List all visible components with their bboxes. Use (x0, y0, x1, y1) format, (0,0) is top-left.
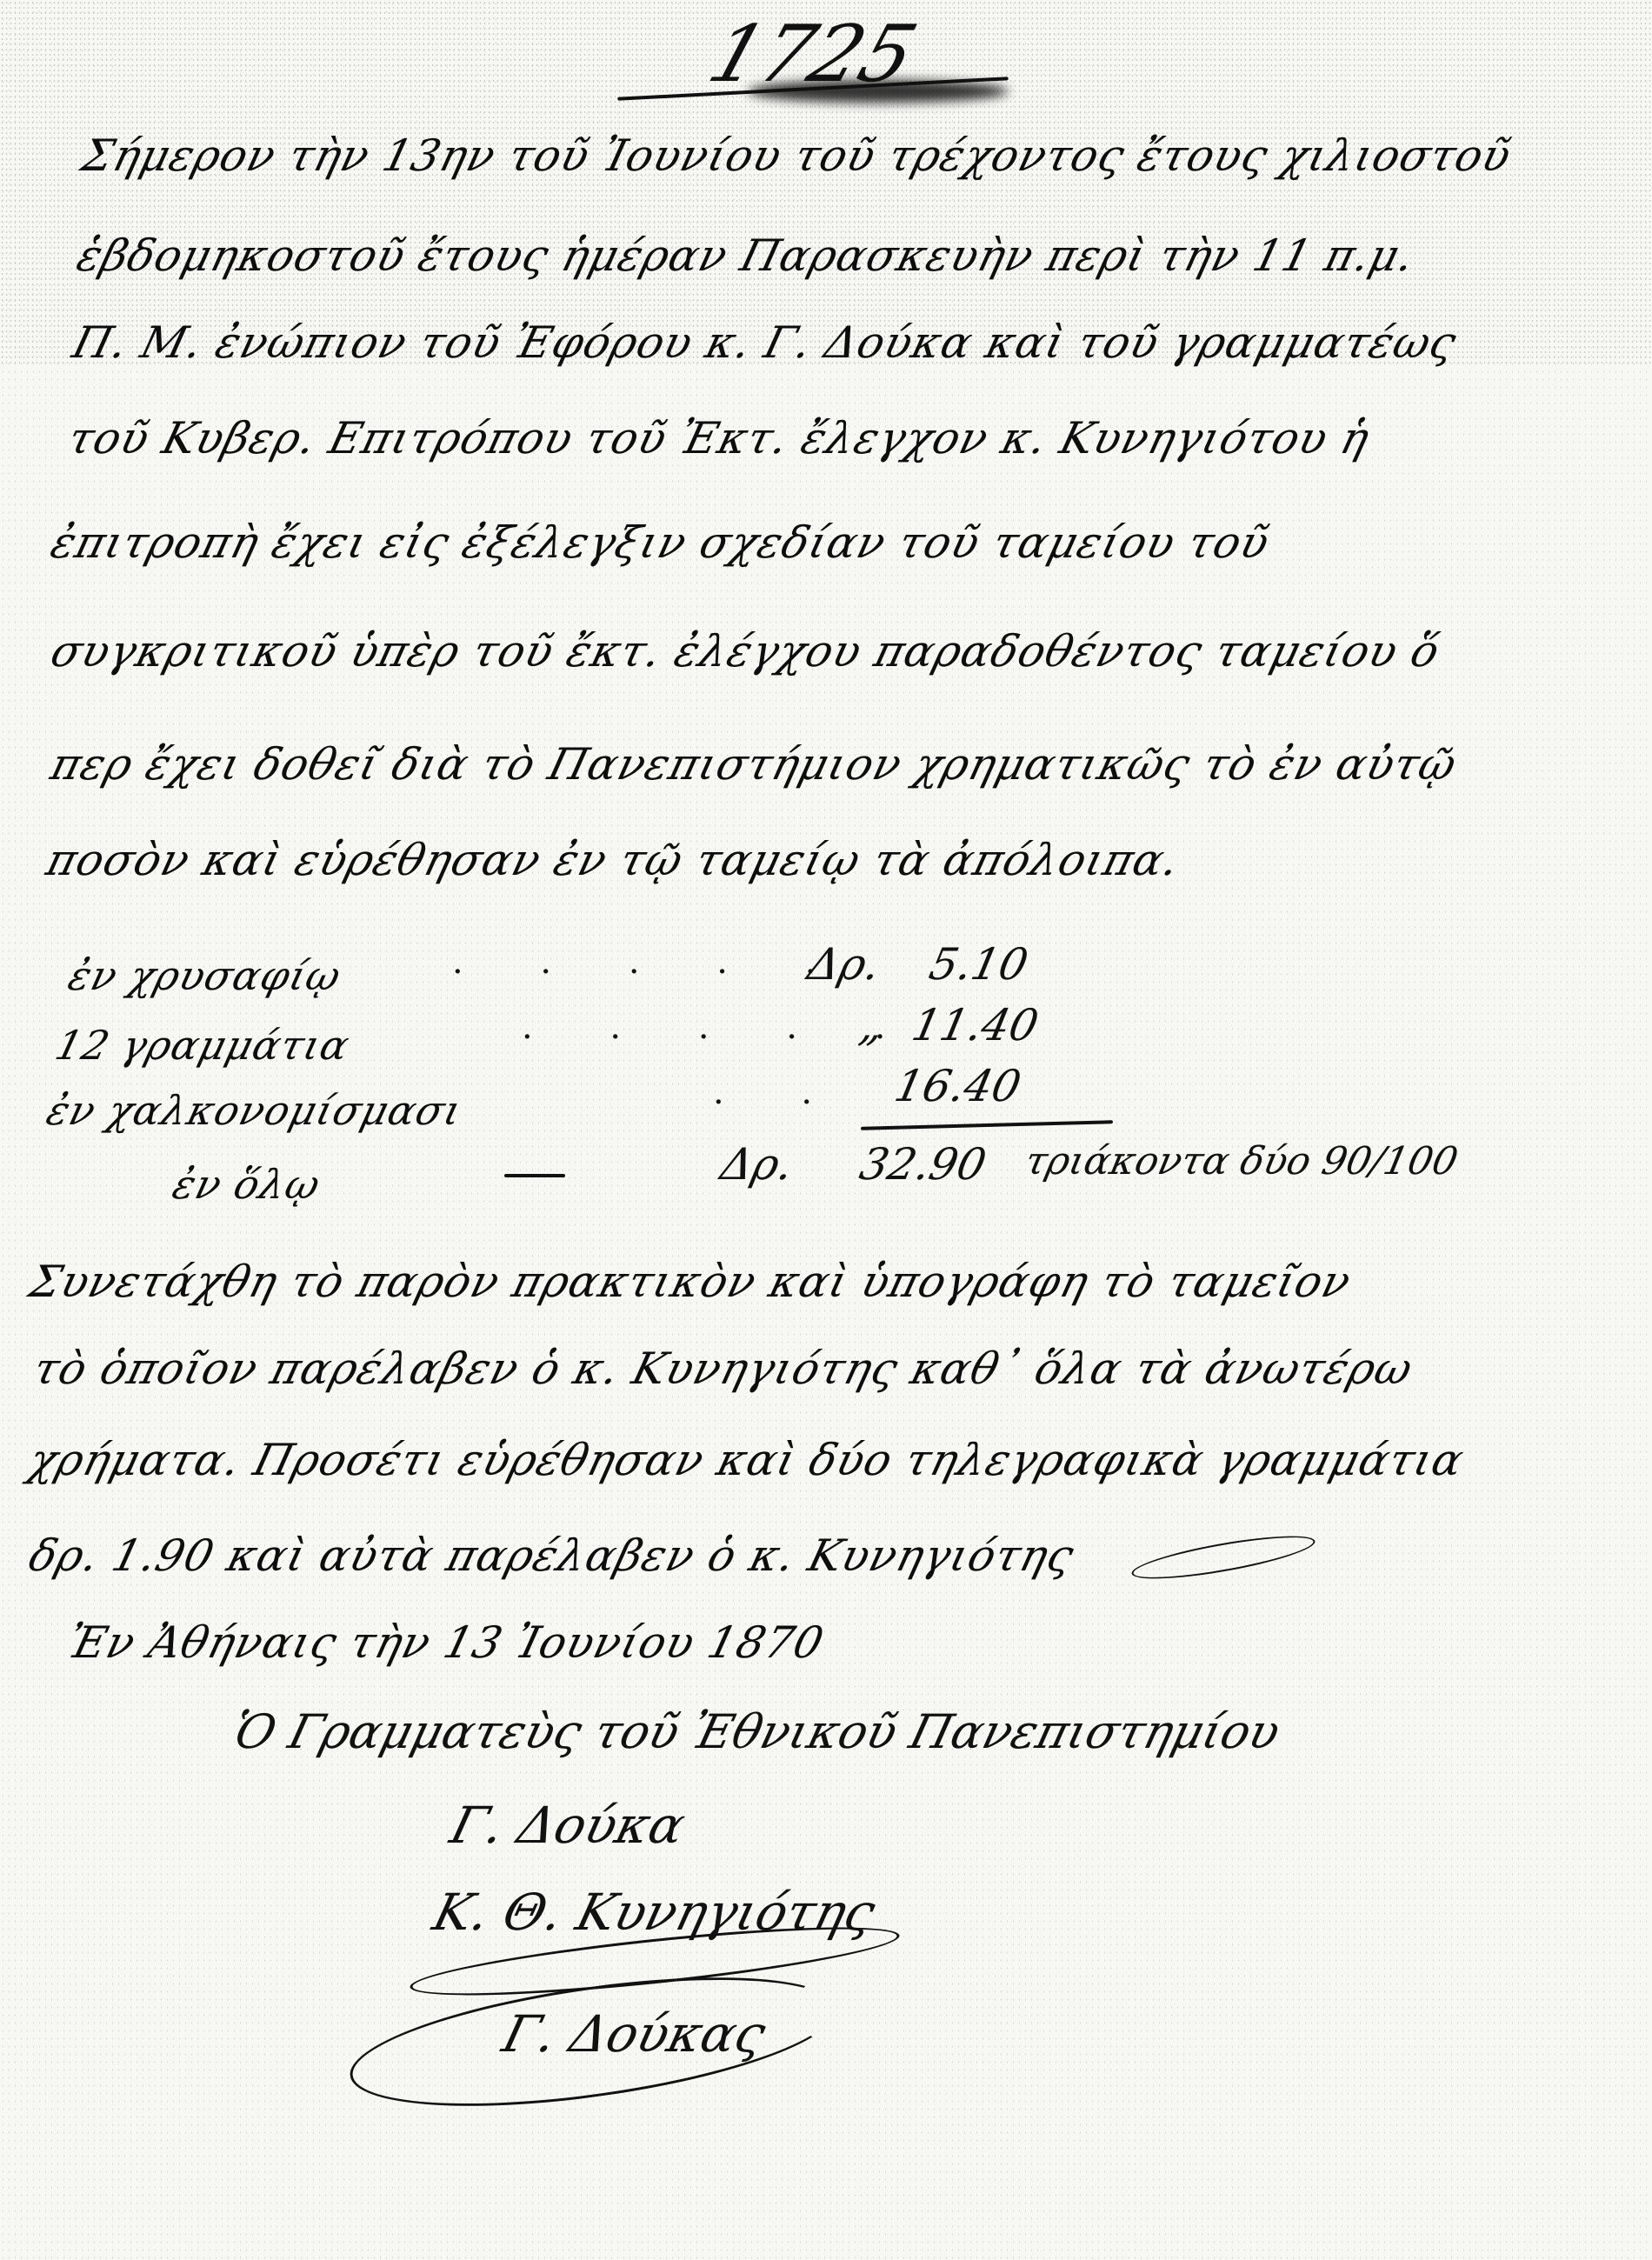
leader-dots: · · · · · (452, 952, 849, 992)
body-line-3: Π. Μ. ἐνώπιον τοῦ Ἐφόρου κ. Γ. Δούκα καὶ… (68, 317, 1462, 368)
body-line-2: ἑβδομηκοστοῦ ἔτους ἡμέραν Παρασκευὴν περ… (72, 230, 1421, 281)
closing-line-3: χρήματα. Προσέτι εὑρέθησαν καὶ δύο τηλεγ… (24, 1435, 1469, 1485)
body-line-6: συγκριτικοῦ ὑπὲρ τοῦ ἔκτ. ἐλέγχου παραδο… (46, 626, 1445, 677)
body-line-5: ἐπιτροπὴ ἔχει εἰς ἐξέλεγξιν σχεδίαν τοῦ … (46, 517, 1275, 568)
body-line-8: ποσὸν καὶ εὑρέθησαν ἐν τῷ ταμείῳ τὰ ἀπόλ… (42, 835, 1185, 885)
body-line-1: Σήμερον τὴν 13ην τοῦ Ἰουνίου τοῦ τρέχοντ… (77, 130, 1517, 181)
total-amount: 32.90 (856, 1139, 990, 1190)
signatory-title: Ὁ Γραμματεὺς τοῦ Ἐθνικοῦ Πανεπιστημίου (228, 1704, 1285, 1759)
body-line-7: περ ἔχει δοθεῖ διὰ τὸ Πανεπιστήμιον χρημ… (46, 739, 1462, 790)
ledger-currency: Δρ. (803, 939, 885, 990)
ledger-amount: 11.40 (908, 1000, 1042, 1050)
ledger-label: 12 γραμμάτια (50, 1022, 355, 1069)
total-label: ἐν ὅλῳ (168, 1161, 325, 1208)
place-date: Ἐν Ἀθήναις τὴν 13 Ἰουνίου 1870 (63, 1617, 829, 1668)
leader-dots: · · (713, 1083, 845, 1123)
signature-3: Γ. Δούκας (497, 2004, 772, 2063)
dash (504, 1174, 565, 1177)
ledger-label: ἐν χαλκονομίσμασι (42, 1087, 467, 1134)
ledger-label: ἐν χρυσαφίῳ (63, 952, 346, 999)
signature-1: Γ. Δούκα (445, 1796, 691, 1855)
closing-line-1: Συνετάχθη τὸ παρὸν πρακτικὸν καὶ ὑπογράφ… (24, 1257, 1356, 1307)
total-in-words: τριάκοντα δύο 90/100 (1022, 1139, 1462, 1183)
body-line-4: τοῦ Κυβερ. Επιτρόπου τοῦ Ἐκτ. ἔλεγχον κ.… (63, 413, 1376, 463)
ledger-amount: 5.10 (925, 939, 1033, 990)
ledger-amount: 16.40 (890, 1061, 1025, 1111)
closing-line-2: τὸ ὁποῖον παρέλαβεν ὁ κ. Κυνηγιότης καθ᾽… (29, 1343, 1418, 1394)
total-currency: Δρ. (716, 1139, 798, 1190)
closing-line-4: δρ. 1.90 καὶ αὐτὰ παρέλαβεν ὁ κ. Κυνηγιό… (24, 1530, 1080, 1581)
